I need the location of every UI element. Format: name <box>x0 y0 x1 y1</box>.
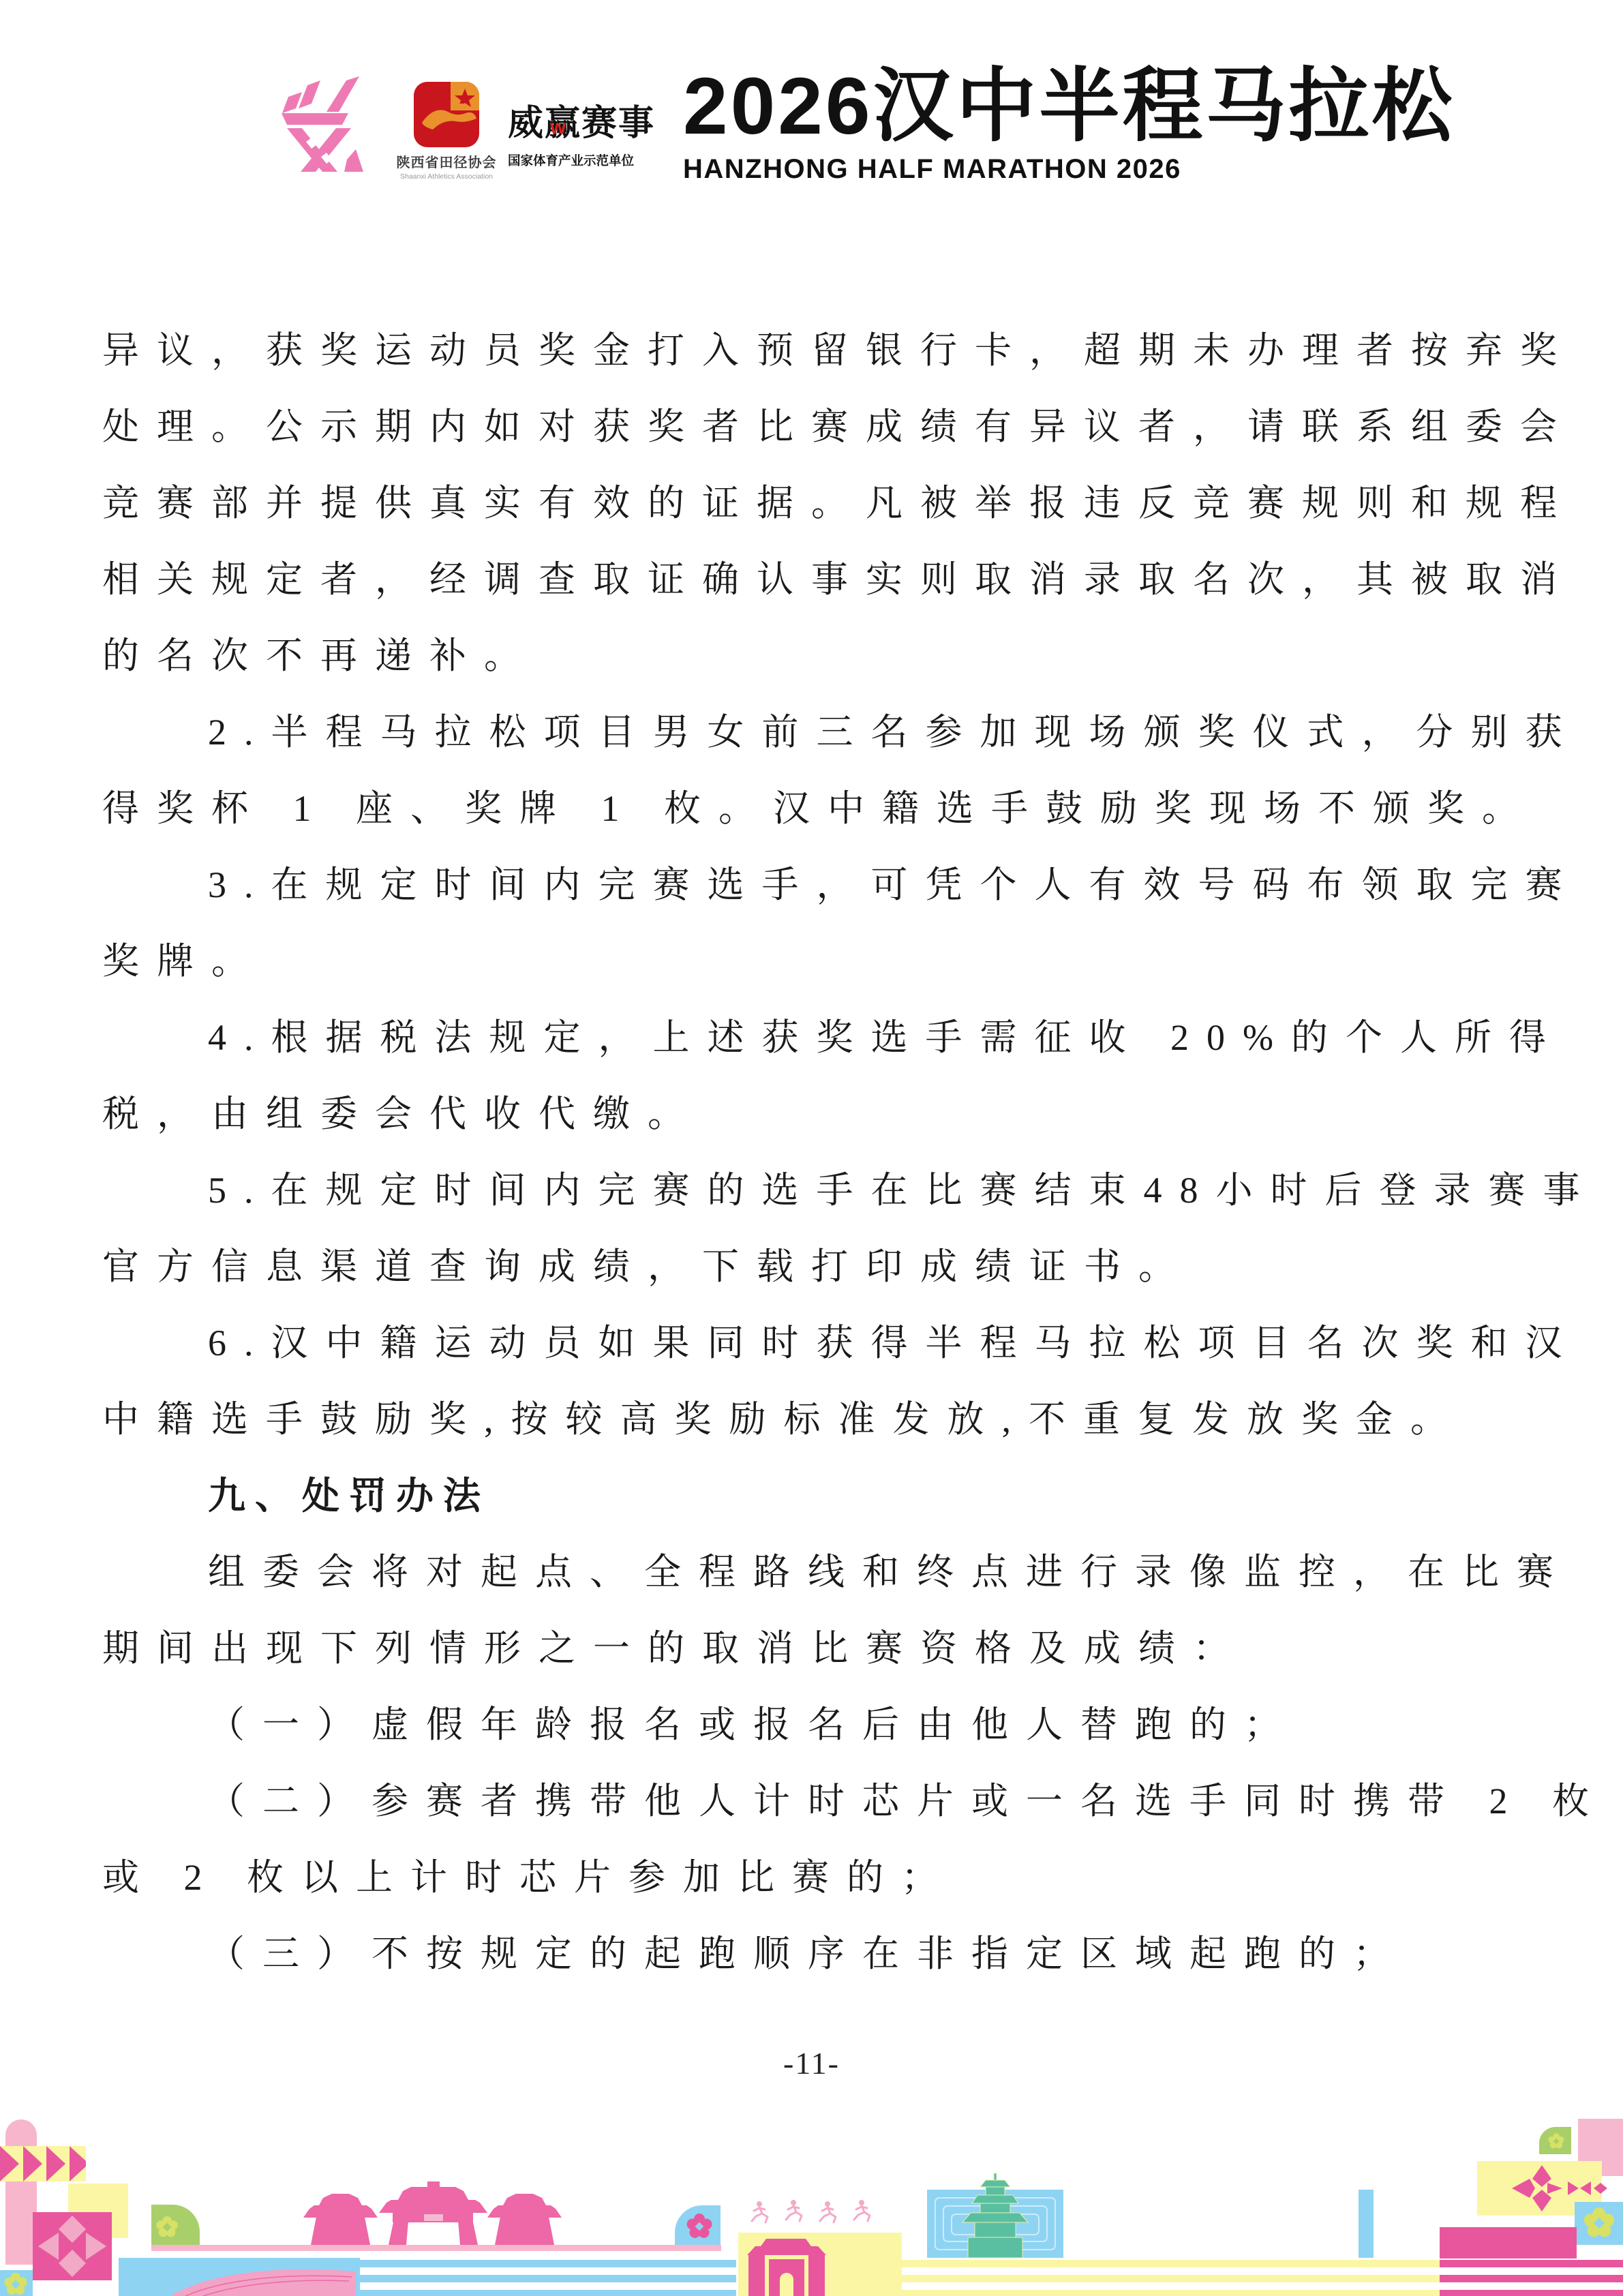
body-line: 奖牌。 <box>102 923 1561 999</box>
athletics-association-block: 陕西省田径协会 Shaanxi Athletics Association <box>389 80 504 181</box>
chevron-band <box>0 2146 86 2181</box>
hanzhong-han-logo-icon <box>276 76 363 172</box>
body-line: 税，由组委会代收代缴。 <box>102 1076 1561 1152</box>
section-heading: 九、处罚办法 <box>102 1457 1561 1534</box>
body-line: 5.在规定时间内完赛的选手在比赛结束48小时后登录赛事 <box>102 1152 1561 1228</box>
pink-bar-shape <box>5 2119 37 2265</box>
blue-flower-shape <box>675 2205 721 2245</box>
body-line: 或 2 枚以上计时芯片参加比赛的； <box>102 1839 1561 1916</box>
bridge-block <box>119 2258 360 2296</box>
blue-bar <box>1359 2190 1374 2258</box>
magenta-square-motif <box>33 2212 112 2280</box>
weiying-logo-text: 威赢赛事 <box>508 94 665 145</box>
document-page: 陕西省田径协会 Shaanxi Athletics Association 威赢… <box>0 0 1623 2296</box>
weiying-logo-block: 威赢赛事 w 国家体育产业示范单位 <box>508 94 665 169</box>
event-title-block: 2026汉中半程马拉松 HANZHONG HALF MARATHON 2026 <box>683 65 1365 185</box>
blue-stripes <box>360 2260 736 2296</box>
body-line: 中籍选手鼓励奖,按较高奖励标准发放,不重复发放奖金。 <box>102 1381 1561 1457</box>
footer-decoration <box>0 2113 1623 2296</box>
magenta-stripes <box>1440 2260 1623 2296</box>
body-line: 4.根据税法规定，上述获奖选手需征收 20%的个人所得 <box>102 999 1561 1076</box>
city-gates-illustration <box>303 2181 562 2245</box>
pagoda-box <box>927 2173 1063 2258</box>
yellow-stripes <box>902 2260 1440 2296</box>
weiying-w-mark: w <box>550 116 566 139</box>
body-line: （二）参赛者携带他人计时芯片或一名选手同时携带 2 枚 <box>102 1763 1561 1839</box>
weiying-subtitle: 国家体育产业示范单位 <box>508 151 665 169</box>
body-line: 官方信息渠道查询成绩，下载打印成绩证书。 <box>102 1228 1561 1305</box>
body-line: 处理。公示期内如对获奖者比赛成绩有异议者，请联系组委会 <box>102 389 1561 465</box>
body-line: 组委会将对起点、全程路线和终点进行录像监控，在比赛 <box>102 1534 1561 1610</box>
event-title-cn: 2026汉中半程马拉松 <box>683 65 1365 147</box>
body-line: 相关规定者，经调查取证确认事实则取消录取名次，其被取消 <box>102 541 1561 618</box>
body-line: 异议，获奖运动员奖金打入预留银行卡，超期未办理者按弃奖 <box>102 312 1561 389</box>
body-line: 竞赛部并提供真实有效的证据。凡被举报违反竞赛规则和规程 <box>102 465 1561 541</box>
association-name-en: Shaanxi Athletics Association <box>389 172 504 181</box>
green-shape-flower-right <box>1539 2127 1571 2154</box>
runners-illustration <box>752 2200 870 2222</box>
temple-box <box>738 2233 902 2296</box>
body-line: 6.汉中籍运动员如果同时获得半程马拉松项目名次奖和汉 <box>102 1305 1561 1381</box>
body-line: （一）虚假年龄报名或报名后由他人替跑的； <box>102 1687 1561 1763</box>
page-header: 陕西省田径协会 Shaanxi Athletics Association 威赢… <box>0 0 1623 245</box>
athletics-association-logo-icon <box>412 80 481 149</box>
body-line: 的名次不再递补。 <box>102 618 1561 694</box>
event-title-en: HANZHONG HALF MARATHON 2026 <box>683 154 1365 185</box>
body-line: 得奖杯 1 座、奖牌 1 枚。汉中籍选手鼓励奖现场不颁奖。 <box>102 770 1561 847</box>
blue-square-flower <box>0 2270 33 2296</box>
document-body: 异议，获奖运动员奖金打入预留银行卡，超期未办理者按弃奖 处理。公示期内如对获奖者… <box>102 312 1561 1992</box>
association-name-cn: 陕西省田径协会 <box>389 151 504 171</box>
green-shape-flower <box>151 2205 200 2247</box>
page-number: -11- <box>0 2045 1623 2081</box>
body-line: 2.半程马拉松项目男女前三名参加现场颁奖仪式，分别获 <box>102 694 1561 770</box>
pink-baseline <box>151 2245 721 2251</box>
body-line: （三）不按规定的起跑顺序在非指定区域起跑的； <box>102 1916 1561 1992</box>
magenta-rect <box>1440 2227 1577 2259</box>
body-line: 3.在规定时间内完赛选手，可凭个人有效号码布领取完赛 <box>102 847 1561 923</box>
body-line: 期间出现下列情形之一的取消比赛资格及成绩： <box>102 1610 1561 1687</box>
blue-square-flower-right <box>1575 2202 1623 2245</box>
